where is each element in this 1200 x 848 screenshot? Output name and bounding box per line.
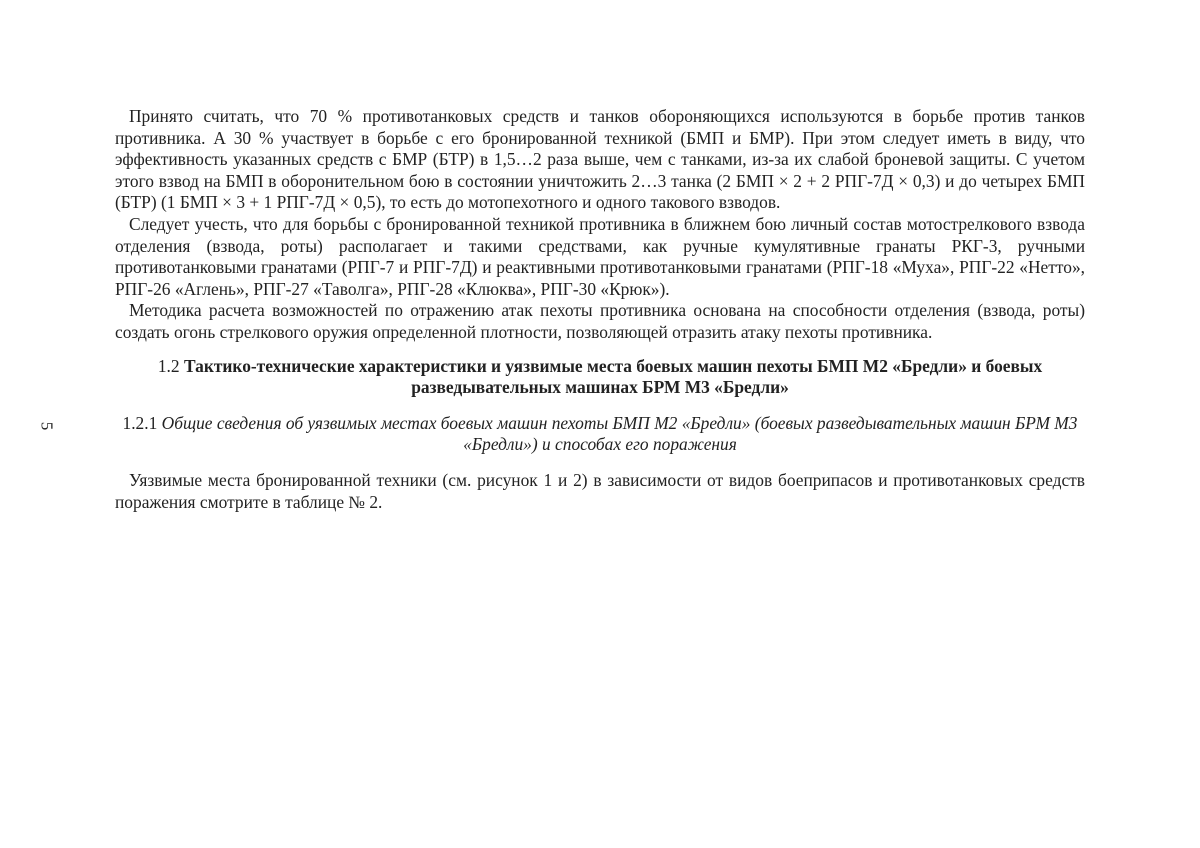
page-content: Принято считать, что 70 % противотанковы…: [115, 106, 1085, 513]
section-number: 1.2: [158, 356, 180, 376]
subsection-title: Общие сведения об уязвимых местах боевых…: [162, 413, 1078, 455]
section-heading: 1.2 Тактико-технические характеристики и…: [115, 356, 1085, 399]
subsection-heading: 1.2.1 Общие сведения об уязвимых местах …: [115, 413, 1085, 456]
paragraph-vulnerable-spots: Уязвимые места бронированной техники (см…: [115, 470, 1085, 513]
paragraph-close-combat-means: Следует учесть, что для борьбы с брониро…: [115, 214, 1085, 300]
subsection-number: 1.2.1: [123, 413, 158, 433]
section-title: Тактико-технические характеристики и уяз…: [184, 356, 1042, 398]
document-page: 5 Принято считать, что 70 % противотанко…: [0, 0, 1200, 848]
page-number: 5: [36, 422, 56, 431]
paragraph-infantry-method: Методика расчета возможностей по отражен…: [115, 300, 1085, 343]
paragraph-antitank-ratio: Принято считать, что 70 % противотанковы…: [115, 106, 1085, 214]
